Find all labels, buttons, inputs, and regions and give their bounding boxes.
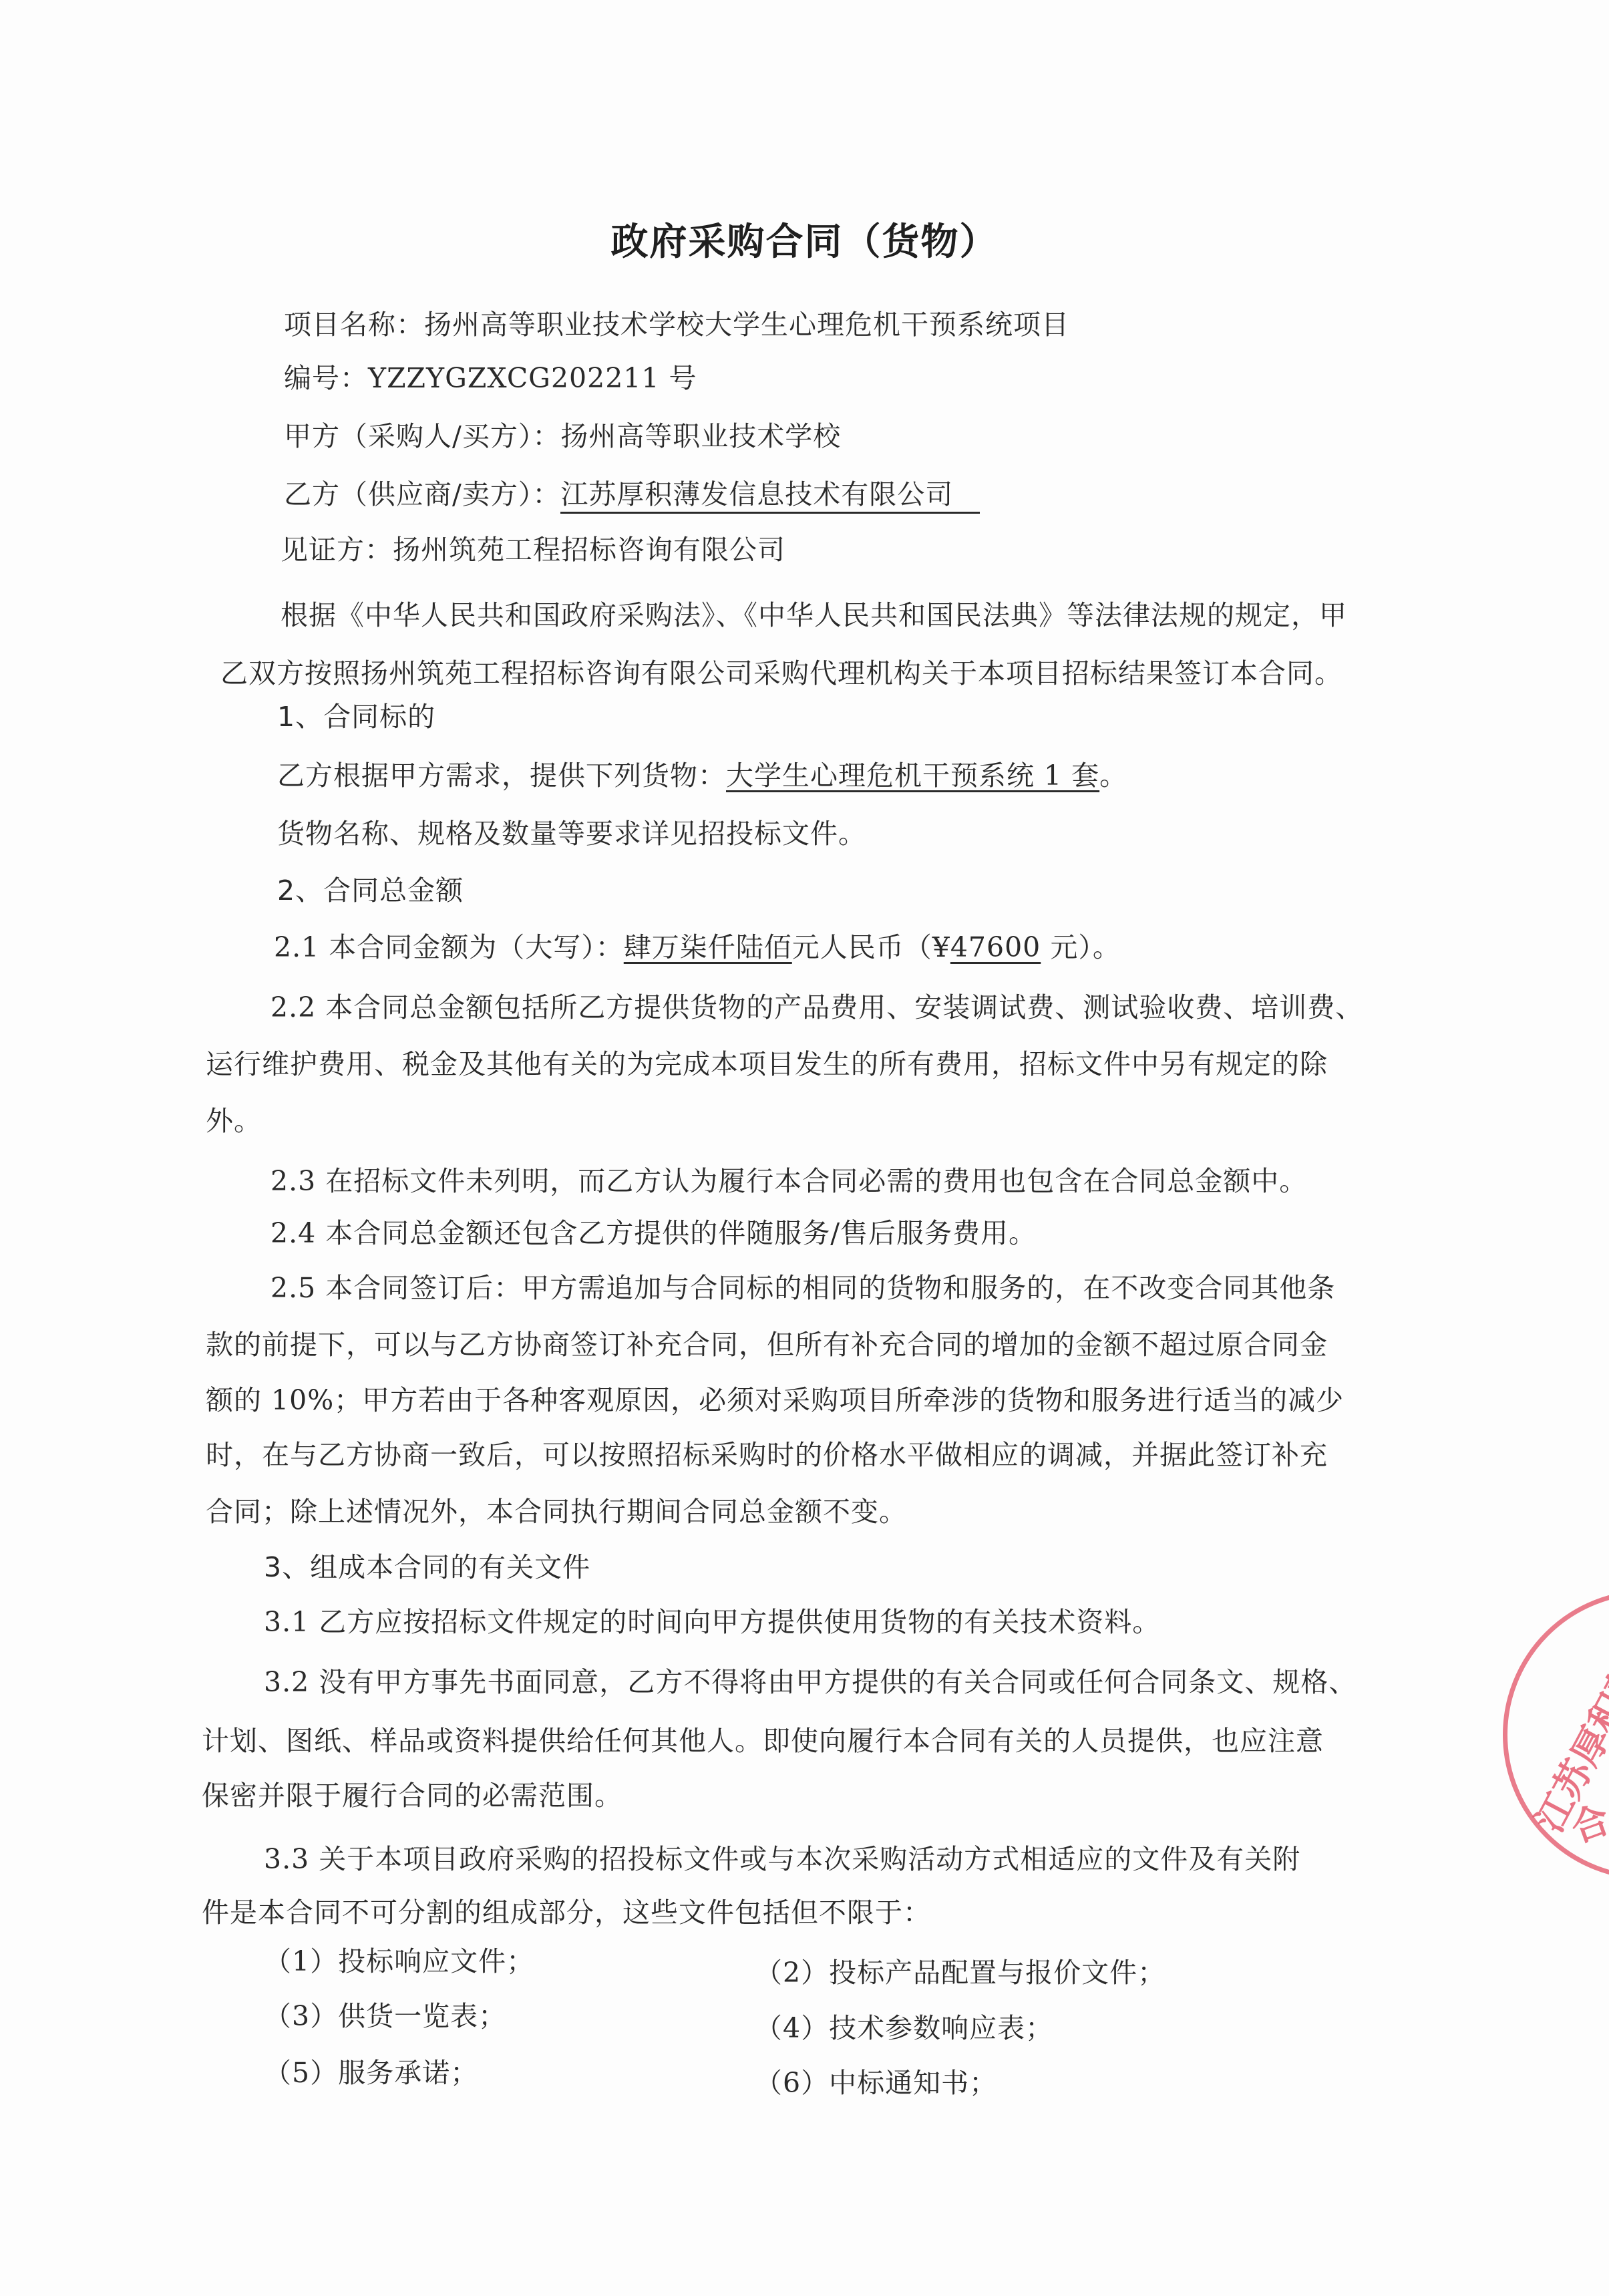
clause-3-3-line-1: 3.3 关于本项目政府采购的招投标文件或与本次采购活动方式相适应的文件及有关附 bbox=[264, 1840, 1300, 1878]
clause-3-2-line-2: 计划、图纸、样品或资料提供给任何其他人。即使向履行本合同有关的人员提供，也应注意 bbox=[202, 1722, 1324, 1760]
clause-2-5-line-5: 合同；除上述情况外，本合同执行期间合同总金额不变。 bbox=[206, 1493, 907, 1530]
party-b-value: 江苏厚积薄发信息技术有限公司 bbox=[560, 477, 980, 514]
witness-row: 见证方：扬州筑苑工程招标咨询有限公司 bbox=[281, 531, 785, 568]
amount-number: 47600 bbox=[950, 931, 1041, 963]
clause-2-5-line-3: 额的 10%；甲方若由于各种客观原因，必须对采购项目所牵涉的货物和服务进行适当的… bbox=[206, 1381, 1344, 1419]
document-item-3: （3）供货一览表； bbox=[264, 1997, 506, 2035]
document-item-2: （2）投标产品配置与报价文件； bbox=[755, 1954, 1166, 1991]
clause-3-2-line-3: 保密并限于履行合同的必需范围。 bbox=[202, 1777, 622, 1814]
section-1-line-1: 乙方根据甲方需求，提供下列货物：大学生心理危机干预系统 1 套。 bbox=[277, 757, 1127, 794]
contract-page: 政府采购合同（货物） 项目名称：扬州高等职业技术学校大学生心理危机干预系统项目 … bbox=[0, 0, 1609, 2296]
clause-3-2-line-1: 3.2 没有甲方事先书面同意，乙方不得将由甲方提供的有关合同或任何合同条文、规格… bbox=[264, 1663, 1357, 1701]
clause-2-2-line-1: 2.2 本合同总金额包括所乙方提供货物的产品费用、安装调试费、测试验收费、培训费… bbox=[271, 989, 1363, 1026]
number-row: 编号：YZZYGZXCG202211 号 bbox=[284, 359, 697, 397]
document-item-1: （1）投标响应文件； bbox=[264, 1943, 534, 1980]
party-b-label: 乙方（供应商/卖方）： bbox=[284, 478, 560, 510]
party-b-row: 乙方（供应商/卖方）：江苏厚积薄发信息技术有限公司 bbox=[284, 476, 980, 514]
clause-3-3-line-2: 件是本合同不可分割的组成部分，这些文件包括但不限于： bbox=[202, 1894, 931, 1931]
clause-2-1: 2.1 本合同金额为（大写）：肆万柒仟陆佰元人民币（¥47600 元）。 bbox=[274, 929, 1121, 966]
project-name-value: 扬州高等职业技术学校大学生心理危机干预系统项目 bbox=[424, 309, 1069, 341]
goods-suffix: 。 bbox=[1099, 760, 1127, 792]
document-item-6: （6）中标通知书； bbox=[755, 2064, 997, 2102]
clause-2-2-line-3: 外。 bbox=[206, 1102, 262, 1140]
clause-2-5-line-1: 2.5 本合同签订后：甲方需追加与合同标的相同的货物和服务的，在不改变合同其他条 bbox=[271, 1269, 1335, 1307]
document-item-4: （4）技术参数响应表； bbox=[755, 2009, 1053, 2047]
party-a-label: 甲方（采购人/买方）： bbox=[284, 420, 560, 452]
witness-label: 见证方： bbox=[281, 534, 393, 566]
goods-prefix: 乙方根据甲方需求，提供下列货物： bbox=[277, 760, 726, 792]
witness-value: 扬州筑苑工程招标咨询有限公司 bbox=[393, 534, 785, 566]
document-title: 政府采购合同（货物） bbox=[0, 212, 1609, 266]
intro-line-1: 根据《中华人民共和国政府采购法》、《中华人民共和国民法典》等法律法规的规定，甲 bbox=[281, 597, 1347, 634]
amount-words: 肆万柒仟陆佰 bbox=[624, 931, 792, 963]
number-value: YZZYGZXCG202211 号 bbox=[368, 362, 697, 394]
party-a-value: 扬州高等职业技术学校 bbox=[560, 420, 841, 452]
section-2-heading: 2、合同总金额 bbox=[277, 872, 464, 909]
section-1-line-2: 货物名称、规格及数量等要求详见招投标文件。 bbox=[277, 815, 866, 852]
document-item-5: （5）服务承诺； bbox=[264, 2054, 478, 2092]
clause-2-2-line-2: 运行维护费用、税金及其他有关的为完成本项目发生的所有费用，招标文件中另有规定的除 bbox=[206, 1045, 1328, 1083]
section-3-heading: 3、组成本合同的有关文件 bbox=[264, 1548, 590, 1586]
amount-label: 2.1 本合同金额为（大写）： bbox=[274, 931, 624, 963]
clause-2-5-line-2: 款的前提下，可以与乙方协商签订补充合同，但所有补充合同的增加的金额不超过原合同金 bbox=[206, 1326, 1328, 1363]
clause-2-5-line-4: 时，在与乙方协商一致后，可以按照招标采购时的价格水平做相应的调减，并据此签订补充 bbox=[206, 1436, 1328, 1474]
goods-item: 大学生心理危机干预系统 1 套 bbox=[726, 760, 1099, 792]
company-seal: 江苏厚积薄 合 bbox=[1503, 1590, 1609, 1880]
clause-3-1: 3.1 乙方应按招标文件规定的时间向甲方提供使用货物的有关技术资料。 bbox=[264, 1603, 1160, 1641]
party-a-row: 甲方（采购人/买方）：扬州高等职业技术学校 bbox=[284, 418, 841, 455]
section-1-heading: 1、合同标的 bbox=[277, 698, 435, 735]
project-name-row: 项目名称：扬州高等职业技术学校大学生心理危机干预系统项目 bbox=[284, 306, 1069, 343]
intro-line-2: 乙双方按照扬州筑苑工程招标咨询有限公司采购代理机构关于本项目招标结果签订本合同。 bbox=[220, 655, 1343, 692]
clause-2-4: 2.4 本合同总金额还包含乙方提供的伴随服务/售后服务费用。 bbox=[271, 1214, 1037, 1252]
amount-mid: 元人民币（¥ bbox=[792, 931, 950, 963]
clause-2-3: 2.3 在招标文件未列明，而乙方认为履行本合同必需的费用也包含在合同总金额中。 bbox=[271, 1162, 1307, 1200]
amount-suffix: 元）。 bbox=[1041, 931, 1121, 963]
project-name-label: 项目名称： bbox=[284, 309, 424, 341]
number-label: 编号： bbox=[284, 362, 368, 394]
seal-text-lower: 合 bbox=[1563, 1790, 1609, 1853]
